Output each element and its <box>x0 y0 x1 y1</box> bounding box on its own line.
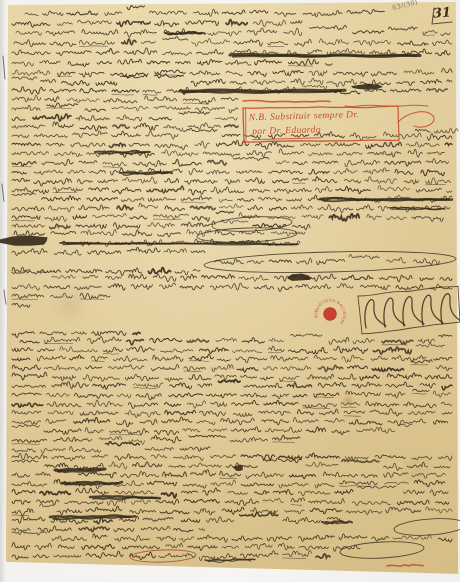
circled-word-oval <box>212 215 293 233</box>
red-note-line1: N.B. Substituir sempre Dr. <box>249 110 360 123</box>
red-note-line2: por Dr. Eduardo <box>252 123 321 140</box>
signature-flourish-box <box>358 286 460 334</box>
circled-word-oval <box>204 249 456 276</box>
library-stamp: BIBLIOTECA NACIONAL · <box>307 291 353 337</box>
circled-word-oval <box>394 517 460 538</box>
folio-number: 31 <box>432 5 451 21</box>
scanner-background: 63/(30) 31 N.B. Substituir sempre Dr. po… <box>0 0 460 582</box>
handwriting-ink-layer <box>0 0 460 582</box>
red-correction-note: N.B. Substituir sempre Dr. por Dr. Eduar… <box>249 107 410 140</box>
handwriting-lines <box>12 6 458 561</box>
margin-marks <box>2 56 6 304</box>
circled-word-oval <box>340 540 425 560</box>
stamp-center-dot <box>322 306 338 322</box>
